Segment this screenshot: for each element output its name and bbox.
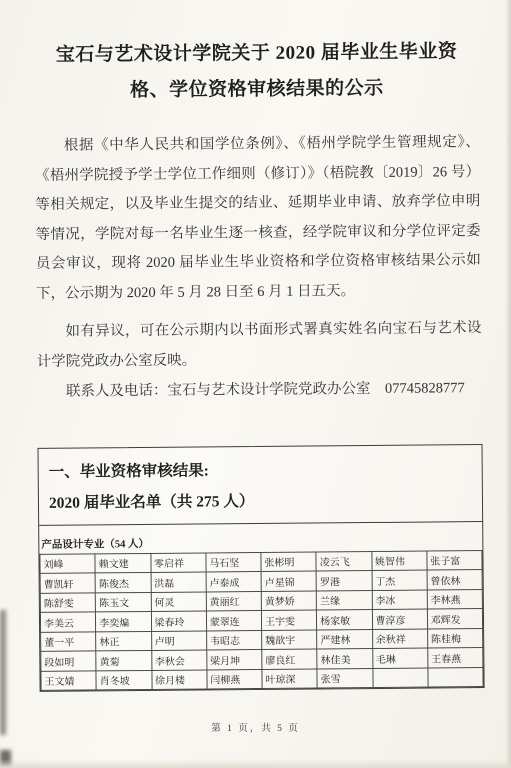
graduate-name-cell: 余秋祥 [372, 629, 427, 649]
scan-artifact [0, 759, 511, 768]
graduate-name-cell: 叶琼深 [262, 669, 317, 689]
graduate-name-cell: 姚智伟 [371, 551, 426, 571]
graduate-name-cell: 卢明 [151, 630, 206, 650]
graduate-name-cell: 李冰 [372, 590, 427, 610]
major-group-label: 产品设计专业（54 人） [39, 522, 482, 552]
graduate-name-cell: 黄丽红 [206, 591, 261, 611]
graduate-name-cell: 洪磊 [151, 572, 206, 592]
document-page: 宝石与艺术设计学院关于 2020 届毕业生毕业资 格、学位资格审核结果的公示 根… [0, 0, 511, 768]
graduate-name-cell: 曾依林 [427, 570, 482, 590]
graduate-name-cell: 魏歆宇 [262, 630, 317, 650]
review-table-header: 一、毕业资格审核结果: 2020 届毕业名单（共 275 人） [38, 445, 482, 526]
graduates-grid-body: 刘峰赖文建零启祥马石坚张彬明凌云飞姚智伟张子富曹凯轩陈俊杰洪磊卢泰成卢星锦罗港丁… [40, 550, 483, 690]
contact-line: 联系人及电话：宝石与艺术设计学院党政办公室 07745828777 [37, 374, 482, 407]
graduate-name-cell: 梁月坤 [207, 649, 262, 669]
graduate-name-cell: 何灵 [151, 591, 206, 611]
graduate-name-cell: 张彬明 [261, 552, 316, 572]
graduate-name-cell: 李林燕 [427, 589, 482, 609]
graduate-name-cell: 李美云 [40, 612, 95, 632]
table-row: 王文婧肖冬坡徐月楼闫柳燕叶琼深张雪 [41, 667, 483, 690]
graduate-name-cell: 毛琳 [372, 648, 427, 668]
graduate-name-cell: 刘峰 [40, 553, 95, 573]
document-title-line1: 宝石与艺术设计学院关于 2020 届毕业生毕业资 [34, 34, 479, 74]
document-title: 宝石与艺术设计学院关于 2020 届毕业生毕业资 格、学位资格审核结果的公示 [34, 34, 480, 110]
graduate-name-cell: 卢星锦 [261, 571, 316, 591]
graduate-name-cell: 梁春玲 [151, 611, 206, 631]
graduate-name-cell: 罗港 [316, 571, 371, 591]
graduate-name-cell: 黄菊 [96, 650, 151, 670]
section-heading: 一、毕业资格审核结果: [49, 453, 472, 488]
graduate-name-cell: 零启祥 [150, 552, 205, 572]
body-paragraph: 根据《中华人民共和国学位条例》、《梧州学院学生管理规定》、《梧州学院授予学士学位… [35, 128, 482, 309]
graduate-name-cell: 黄梦娇 [261, 591, 316, 611]
graduate-name-cell: 杨家敏 [317, 610, 372, 630]
graduate-name-cell: 赖文建 [95, 553, 150, 573]
graduate-name-cell: 陈俊杰 [95, 572, 150, 592]
graduate-name-cell: 肖冬坡 [96, 670, 151, 690]
graduate-name-cell: 林佳美 [317, 649, 372, 669]
graduate-name-cell: 闫柳燕 [207, 669, 262, 689]
graduate-name-cell: 邓辉发 [427, 609, 482, 629]
list-subheading: 2020 届毕业名单（共 275 人） [49, 484, 472, 519]
graduate-name-cell: 韦昭志 [206, 630, 261, 650]
graduate-name-cell: 严建林 [317, 629, 372, 649]
graduate-name-cell [428, 667, 483, 687]
page-footer: 第 1 页，共 5 页 [0, 720, 511, 734]
document-body: 根据《中华人民共和国学位条例》、《梧州学院学生管理规定》、《梧州学院授予学士学位… [35, 128, 482, 407]
graduate-name-cell: 徐月楼 [151, 669, 206, 689]
graduate-name-cell [372, 668, 427, 688]
graduate-name-cell: 马石坚 [206, 552, 261, 572]
graduate-name-cell: 廖良红 [262, 649, 317, 669]
graduate-name-cell: 林正 [96, 631, 151, 651]
scan-artifact [505, 0, 511, 768]
graduate-name-cell: 蒙翠连 [206, 610, 261, 630]
graduate-name-cell: 丁杰 [372, 570, 427, 590]
document-content: 宝石与艺术设计学院关于 2020 届毕业生毕业资 格、学位资格审核结果的公示 根… [34, 0, 485, 692]
graduate-name-cell: 李奕煸 [96, 611, 151, 631]
graduate-name-cell: 陈玉文 [96, 592, 151, 612]
body-paragraph: 如有异议，可在公示期内以书面形式署真实姓名向宝石与艺术设计学院党政办公室反映。 [36, 314, 481, 377]
graduate-name-cell: 王春燕 [428, 648, 483, 668]
graduate-name-cell: 陈桂梅 [427, 628, 482, 648]
graduates-grid: 刘峰赖文建零启祥马石坚张彬明凌云飞姚智伟张子富曹凯轩陈俊杰洪磊卢泰成卢星锦罗港丁… [39, 550, 483, 691]
graduate-name-cell: 陈舒雯 [40, 592, 95, 612]
graduate-name-cell: 张子富 [427, 550, 482, 570]
graduate-name-cell: 张雪 [317, 668, 372, 688]
document-title-line2: 格、学位资格审核结果的公示 [34, 70, 479, 110]
graduate-name-cell: 董一平 [41, 631, 96, 651]
graduate-name-cell: 凌云飞 [316, 551, 371, 571]
graduate-name-cell: 王文婧 [41, 670, 96, 690]
graduate-name-cell: 兰缘 [316, 590, 371, 610]
graduate-name-cell: 段如明 [41, 651, 96, 671]
scan-artifact [0, 610, 6, 735]
graduate-name-cell: 曹凯轩 [40, 573, 95, 593]
review-results-table: 一、毕业资格审核结果: 2020 届毕业名单（共 275 人） 产品设计专业（5… [37, 444, 484, 692]
graduate-name-cell: 卢泰成 [206, 571, 261, 591]
graduate-name-cell: 李秋会 [151, 650, 206, 670]
graduate-name-cell: 曹淳彦 [372, 609, 427, 629]
graduate-name-cell: 王宇雯 [261, 610, 316, 630]
